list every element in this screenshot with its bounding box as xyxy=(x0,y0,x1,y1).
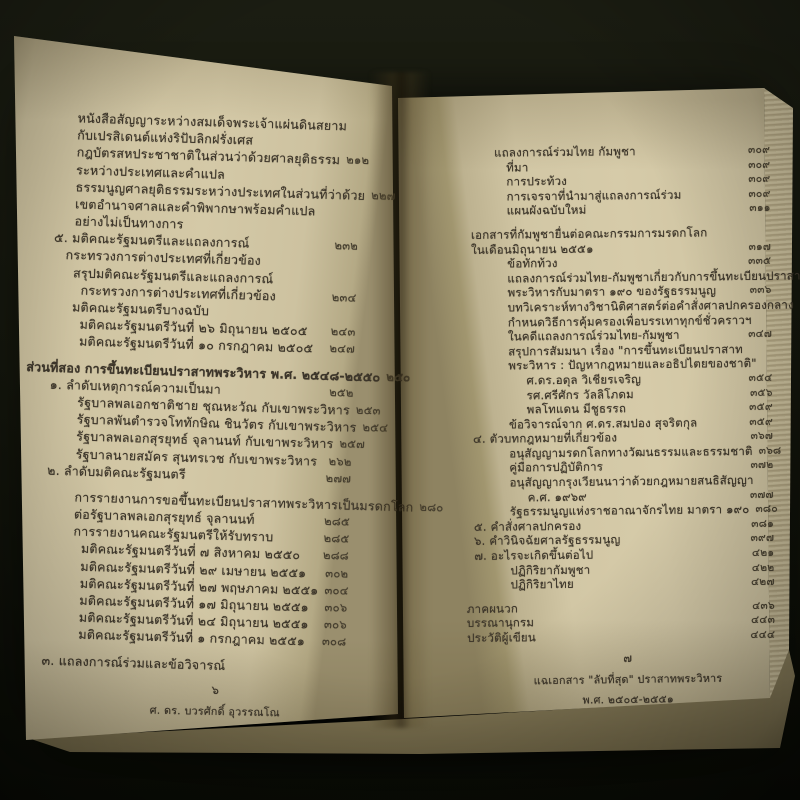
toc-entry-title: คู่มือการปฏิบัติการ xyxy=(465,460,603,476)
toc-entry-title: พระวิหาร : ปัญหากฎหมายและอธิปไตยของชาติ" xyxy=(464,356,757,374)
toc-entry-page: ๓๕๔ xyxy=(743,371,773,386)
toc-entry-page: ๓๘๐ xyxy=(749,502,778,517)
toc-entry-page: ๓๔๗ xyxy=(742,327,772,342)
toc-entry-title: อนุสัญญากรุงเวียนนาว่าด้วยกฎหมายสนธิสัญญ… xyxy=(465,473,753,491)
toc-entry-page: ๓๗๒ xyxy=(745,458,774,473)
toc-entry-page: ๒๕๒ xyxy=(323,384,354,402)
toc-entry-page: ๓๑๑ xyxy=(743,201,770,216)
toc-entry-page: ๓๐๖ xyxy=(318,616,347,634)
toc-entry-title: เอกสารที่กัมพูชายื่นต่อคณะกรรมการมรดกโลก xyxy=(463,225,708,242)
toc-entry-page: ๓๐๙ xyxy=(742,187,770,202)
toc-entry-page: ๒๓๔ xyxy=(326,289,357,307)
toc-entry-title: แถลงการณ์ร่วมไทย กัมพูชา xyxy=(462,144,636,160)
toc-entry-page: ๓๕๙ xyxy=(743,400,773,415)
toc-entry-page: ๓๕๙ xyxy=(743,414,773,429)
toc-entry-page: ๓๖๗ xyxy=(744,429,773,444)
left-page-toc: หนังสือสัญญาระหว่างสมเด็จพระเจ้าแผ่นดินส… xyxy=(13,108,361,677)
toc-entry-title: ประวัติผู้เขียน xyxy=(467,630,536,645)
right-footer-title: แฉเอกสาร "ลับที่สุด" ปราสาทพระวิหาร xyxy=(498,669,758,690)
right-page-number: ๗ xyxy=(498,648,758,670)
toc-entry-page: ๔๓๖ xyxy=(746,599,775,614)
toc-entry-page: ๓๖๘ xyxy=(753,444,782,459)
toc-entry-title: อนุสัญญามรดกโลกทางวัฒนธรรมและธรรมชาติ xyxy=(465,444,753,462)
toc-entry-page: ๓๐๖ xyxy=(318,599,347,617)
toc-entry-title: ปฏิกิริยากัมพูชา xyxy=(466,562,590,578)
toc-entry-title: ข้อทักท้วง xyxy=(463,256,558,272)
toc-entry-title: ที่มา xyxy=(462,160,528,175)
toc-entry-page: ๔๔๔ xyxy=(744,628,775,643)
toc-entry-title: พลโทแดน มีชูธรรถ xyxy=(465,401,626,417)
toc-entry-page: ๓๐๙ xyxy=(742,157,770,172)
toc-entry-page: ๔๒๑ xyxy=(746,546,774,561)
toc-entry-page: ๒๘๕ xyxy=(317,530,349,548)
toc-entry-page: ๓๓๖ xyxy=(744,283,772,298)
toc-entry-page: ๔๒๒ xyxy=(746,560,775,575)
toc-entry-title: ข้อวิจารณ์จาก ศ.ดร.สมปอง สุจริตกุล xyxy=(465,415,698,432)
toc-entry-page: ๒๑๒ xyxy=(340,152,370,170)
toc-entry-title: รัฐธรรมนูญแห่งราชอาณาจักรไทย มาตรา ๑๙๐ xyxy=(466,502,750,520)
toc-entry-title: ๕. คำสั่งศาลปกครอง xyxy=(466,519,581,535)
book-gutter xyxy=(370,72,430,728)
toc-entry-title: ๔. ตัวบทกฎหมายที่เกี่ยวข้อง xyxy=(465,431,617,447)
toc-entry-page: ๓๐๘ xyxy=(316,633,347,651)
toc-entry-page: ๒๖๒ xyxy=(322,452,352,470)
left-page-number: ๖ xyxy=(105,680,325,703)
toc-entry: ปฏิกิริยาไทย๔๒๗ xyxy=(467,575,775,593)
toc-entry-page: ๒๗๗ xyxy=(319,469,351,487)
toc-entry-title: ในเดือนมิถุนายน ๒๕๕๑ xyxy=(463,241,594,257)
toc-entry-title: การประท้วง xyxy=(462,174,567,190)
toc-entry-page: ๓๐๙ xyxy=(742,172,770,187)
toc-entry-page: ๒๘๕ xyxy=(318,513,350,531)
toc-entry-title: ๒. ลำดับมติคณะรัฐมนตรี xyxy=(19,461,186,483)
left-page-footer: ๖ ศ. ดร. บวรศักดิ์ อุวรรณโณ xyxy=(105,680,326,723)
toc-entry-title: ๖. คำวินิจฉัยศาลรัฐธรรมนูญ xyxy=(466,533,620,549)
toc-entry-page: ๓๓๕ xyxy=(742,254,771,269)
toc-entry-title: กำหนดวิธีการคุ้มครองเพื่อบรรเทาทุกข์ชั่ว… xyxy=(464,313,752,331)
toc-entry-page: ๓๘๑ xyxy=(745,517,774,532)
toc-entry-page: ๓๐๔ xyxy=(318,582,349,600)
toc-entry-title: ค.ศ. ๑๙๖๙ xyxy=(466,489,587,505)
toc-entry-page: ๓๗๗ xyxy=(744,487,774,502)
right-page-toc: แถลงการณ์ร่วมไทย กัมพูชา๓๐๙ที่มา๓๐๙การปร… xyxy=(462,143,775,646)
toc-entry-page: ๓๐๒ xyxy=(319,564,349,582)
toc-entry-title: ปฏิกิริยาไทย xyxy=(467,577,574,593)
right-footer-years: พ.ศ. ๒๕๐๕-๒๕๕๑ xyxy=(498,689,758,710)
toc-entry: แผนผังฉบับใหม่๓๑๑ xyxy=(463,201,771,219)
toc-entry-title: ภาคผนวก xyxy=(467,601,518,616)
toc-entry-page: ๒๕๗ xyxy=(333,436,365,454)
toc-entry-title: บรรณานุกรม xyxy=(467,616,534,631)
toc-entry-page: ๒๔๗ xyxy=(323,340,355,358)
toc-entry-page: ๔๔๓ xyxy=(745,613,775,628)
toc-entry-page: ๒๔๓ xyxy=(324,323,355,341)
right-page-footer: ๗ แฉเอกสาร "ลับที่สุด" ปราสาทพระวิหาร พ.… xyxy=(498,648,759,710)
toc-entry-title: แผนผังฉบับใหม่ xyxy=(463,203,587,219)
toc-entry-page: ๓๑๗ xyxy=(742,239,771,254)
toc-entry-page: ๔๒๗ xyxy=(745,575,775,590)
toc-entry-title: ๗. อะไรจะเกิดขึ้นต่อไป xyxy=(466,548,593,564)
toc-entry-page: ๓๕๖ xyxy=(744,385,773,400)
toc-entry-page: ๓๙๗ xyxy=(745,531,775,546)
toc-entry-page: ๒๓๒ xyxy=(328,237,358,255)
toc-entry-page: ๓๐๙ xyxy=(742,143,770,158)
toc-entry-title: การเจรจาที่นำมาสู่แถลงการณ์ร่วม xyxy=(462,187,681,204)
toc-entry-page: ๒๘๘ xyxy=(317,547,349,565)
